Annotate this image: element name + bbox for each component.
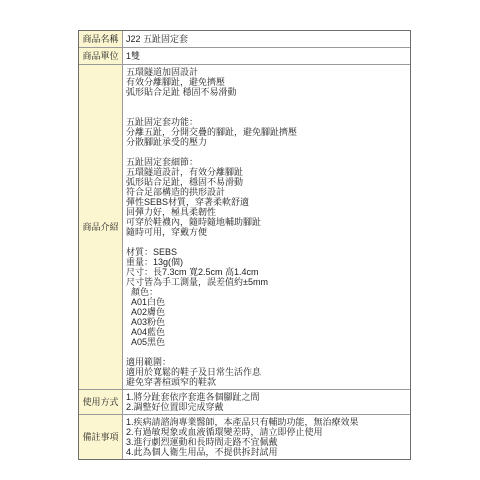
value-remarks: 1.疾病請諮詢專業醫師，本產品只有輔助功能，無治療效果 2.有過敏現象或血液循環… xyxy=(123,415,410,459)
label-product-name: 商品名稱 xyxy=(79,31,123,47)
label-product-intro: 商品介紹 xyxy=(79,65,123,389)
table-row-remarks: 備註事項 1.疾病請諮詢專業醫師，本產品只有輔助功能，無治療效果 2.有過敏現象… xyxy=(79,415,410,459)
value-product-name: J22 五趾固定套 xyxy=(123,31,410,47)
value-product-unit: 1雙 xyxy=(123,48,410,64)
product-info-table: 商品名稱 J22 五趾固定套 商品單位 1雙 商品介紹 五環隧道加固設計 有效分… xyxy=(78,30,411,460)
value-product-intro: 五環隧道加固設計 有效分離腳趾，避免擠壓 弧形貼合足趾 穩固不易滑動 五趾固定套… xyxy=(123,65,410,389)
label-product-unit: 商品單位 xyxy=(79,48,123,64)
table-row-product-unit: 商品單位 1雙 xyxy=(79,48,410,65)
table-row-usage: 使用方式 1.將分趾套依序套進各個腳趾之間 2.調整好位置即完成穿戴 xyxy=(79,390,410,415)
value-usage: 1.將分趾套依序套進各個腳趾之間 2.調整好位置即完成穿戴 xyxy=(123,390,410,414)
page-canvas: 商品名稱 J22 五趾固定套 商品單位 1雙 商品介紹 五環隧道加固設計 有效分… xyxy=(0,0,480,480)
table-row-product-name: 商品名稱 J22 五趾固定套 xyxy=(79,31,410,48)
label-remarks: 備註事項 xyxy=(79,415,123,459)
label-usage: 使用方式 xyxy=(79,390,123,414)
table-row-product-intro: 商品介紹 五環隧道加固設計 有效分離腳趾，避免擠壓 弧形貼合足趾 穩固不易滑動 … xyxy=(79,65,410,390)
